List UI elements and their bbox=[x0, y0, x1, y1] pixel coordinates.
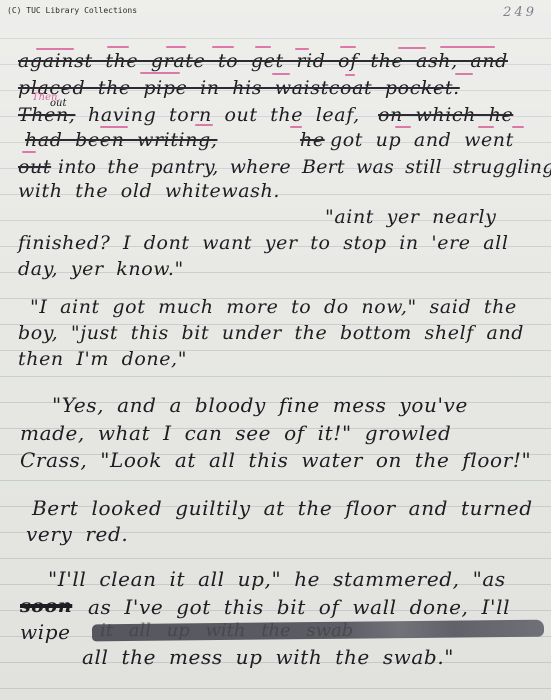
pink-annotation-mark bbox=[107, 46, 129, 48]
page-number: 249 bbox=[503, 5, 537, 20]
pink-annotation-mark bbox=[272, 73, 290, 75]
manuscript-line: day, yer know." bbox=[18, 258, 184, 280]
pink-annotation-mark bbox=[212, 46, 234, 48]
manuscript-line: Crass, "Look at all this water on the fl… bbox=[20, 448, 531, 472]
pink-annotation-mark bbox=[478, 126, 494, 128]
manuscript-line: against the grate to get rid of the ash,… bbox=[18, 50, 508, 72]
manuscript-line: having torn out the leaf, bbox=[88, 104, 360, 126]
pink-annotation-mark bbox=[395, 126, 411, 128]
smeared-text: it all up with the swab bbox=[100, 620, 353, 641]
manuscript-line: "I aint got much more to do now," said t… bbox=[30, 296, 517, 318]
copyright-notice: (C) TUC Library Collections bbox=[7, 6, 137, 15]
manuscript-line: with the old whitewash. bbox=[18, 180, 280, 202]
manuscript-line-struck: out bbox=[18, 156, 51, 178]
manuscript-line-struck: soon bbox=[20, 595, 72, 617]
manuscript-line: "aint yer nearly bbox=[325, 206, 496, 228]
manuscript-line: made, what I can see of it!" growled bbox=[20, 421, 451, 445]
pink-annotation-mark bbox=[140, 72, 180, 74]
pink-annotation-mark bbox=[440, 46, 495, 48]
pink-annotation-mark bbox=[290, 126, 302, 128]
manuscript-line-struck: he bbox=[300, 129, 325, 151]
manuscript-line-struck: on which he bbox=[378, 104, 513, 126]
manuscript-line: boy, "just this bit under the bottom she… bbox=[18, 322, 524, 344]
pink-annotation-mark bbox=[512, 126, 524, 128]
pink-annotation-mark bbox=[22, 151, 36, 153]
manuscript-line: got up and went bbox=[330, 129, 514, 151]
manuscript-line: "Yes, and a bloody fine mess you've bbox=[52, 393, 468, 417]
manuscript-line: Bert looked guiltily at the floor and tu… bbox=[32, 496, 533, 520]
manuscript-line: as I've got this bit of wall done, I'll bbox=[88, 595, 510, 619]
pink-annotation-mark bbox=[166, 46, 186, 48]
manuscript-line: finished? I dont want yer to stop in 'er… bbox=[18, 232, 509, 254]
manuscript-line-struck: Then, bbox=[18, 104, 75, 126]
manuscript-line: into the pantry, where Bert was still st… bbox=[58, 156, 551, 178]
pink-annotation-mark bbox=[340, 46, 356, 48]
manuscript-line: "I'll clean it all up," he stammered, "a… bbox=[48, 567, 506, 591]
manuscript-line: then I'm done," bbox=[18, 348, 187, 370]
manuscript-line: all the mess up with the swab." bbox=[82, 645, 454, 669]
pink-annotation-mark bbox=[100, 126, 128, 128]
manuscript-page: (C) TUC Library Collections 249 against … bbox=[0, 0, 551, 700]
pink-annotation-mark bbox=[195, 124, 213, 126]
manuscript-line: wipe bbox=[20, 620, 71, 644]
pink-annotation-mark bbox=[398, 47, 426, 49]
pink-annotation-mark bbox=[255, 46, 271, 48]
manuscript-line: very red. bbox=[26, 522, 128, 546]
manuscript-line-struck: had been writing, bbox=[25, 129, 217, 151]
pink-annotation-mark bbox=[455, 73, 473, 75]
pink-annotation-mark bbox=[345, 74, 355, 76]
manuscript-line: placed the pipe in his waistcoat pocket. bbox=[18, 77, 460, 99]
